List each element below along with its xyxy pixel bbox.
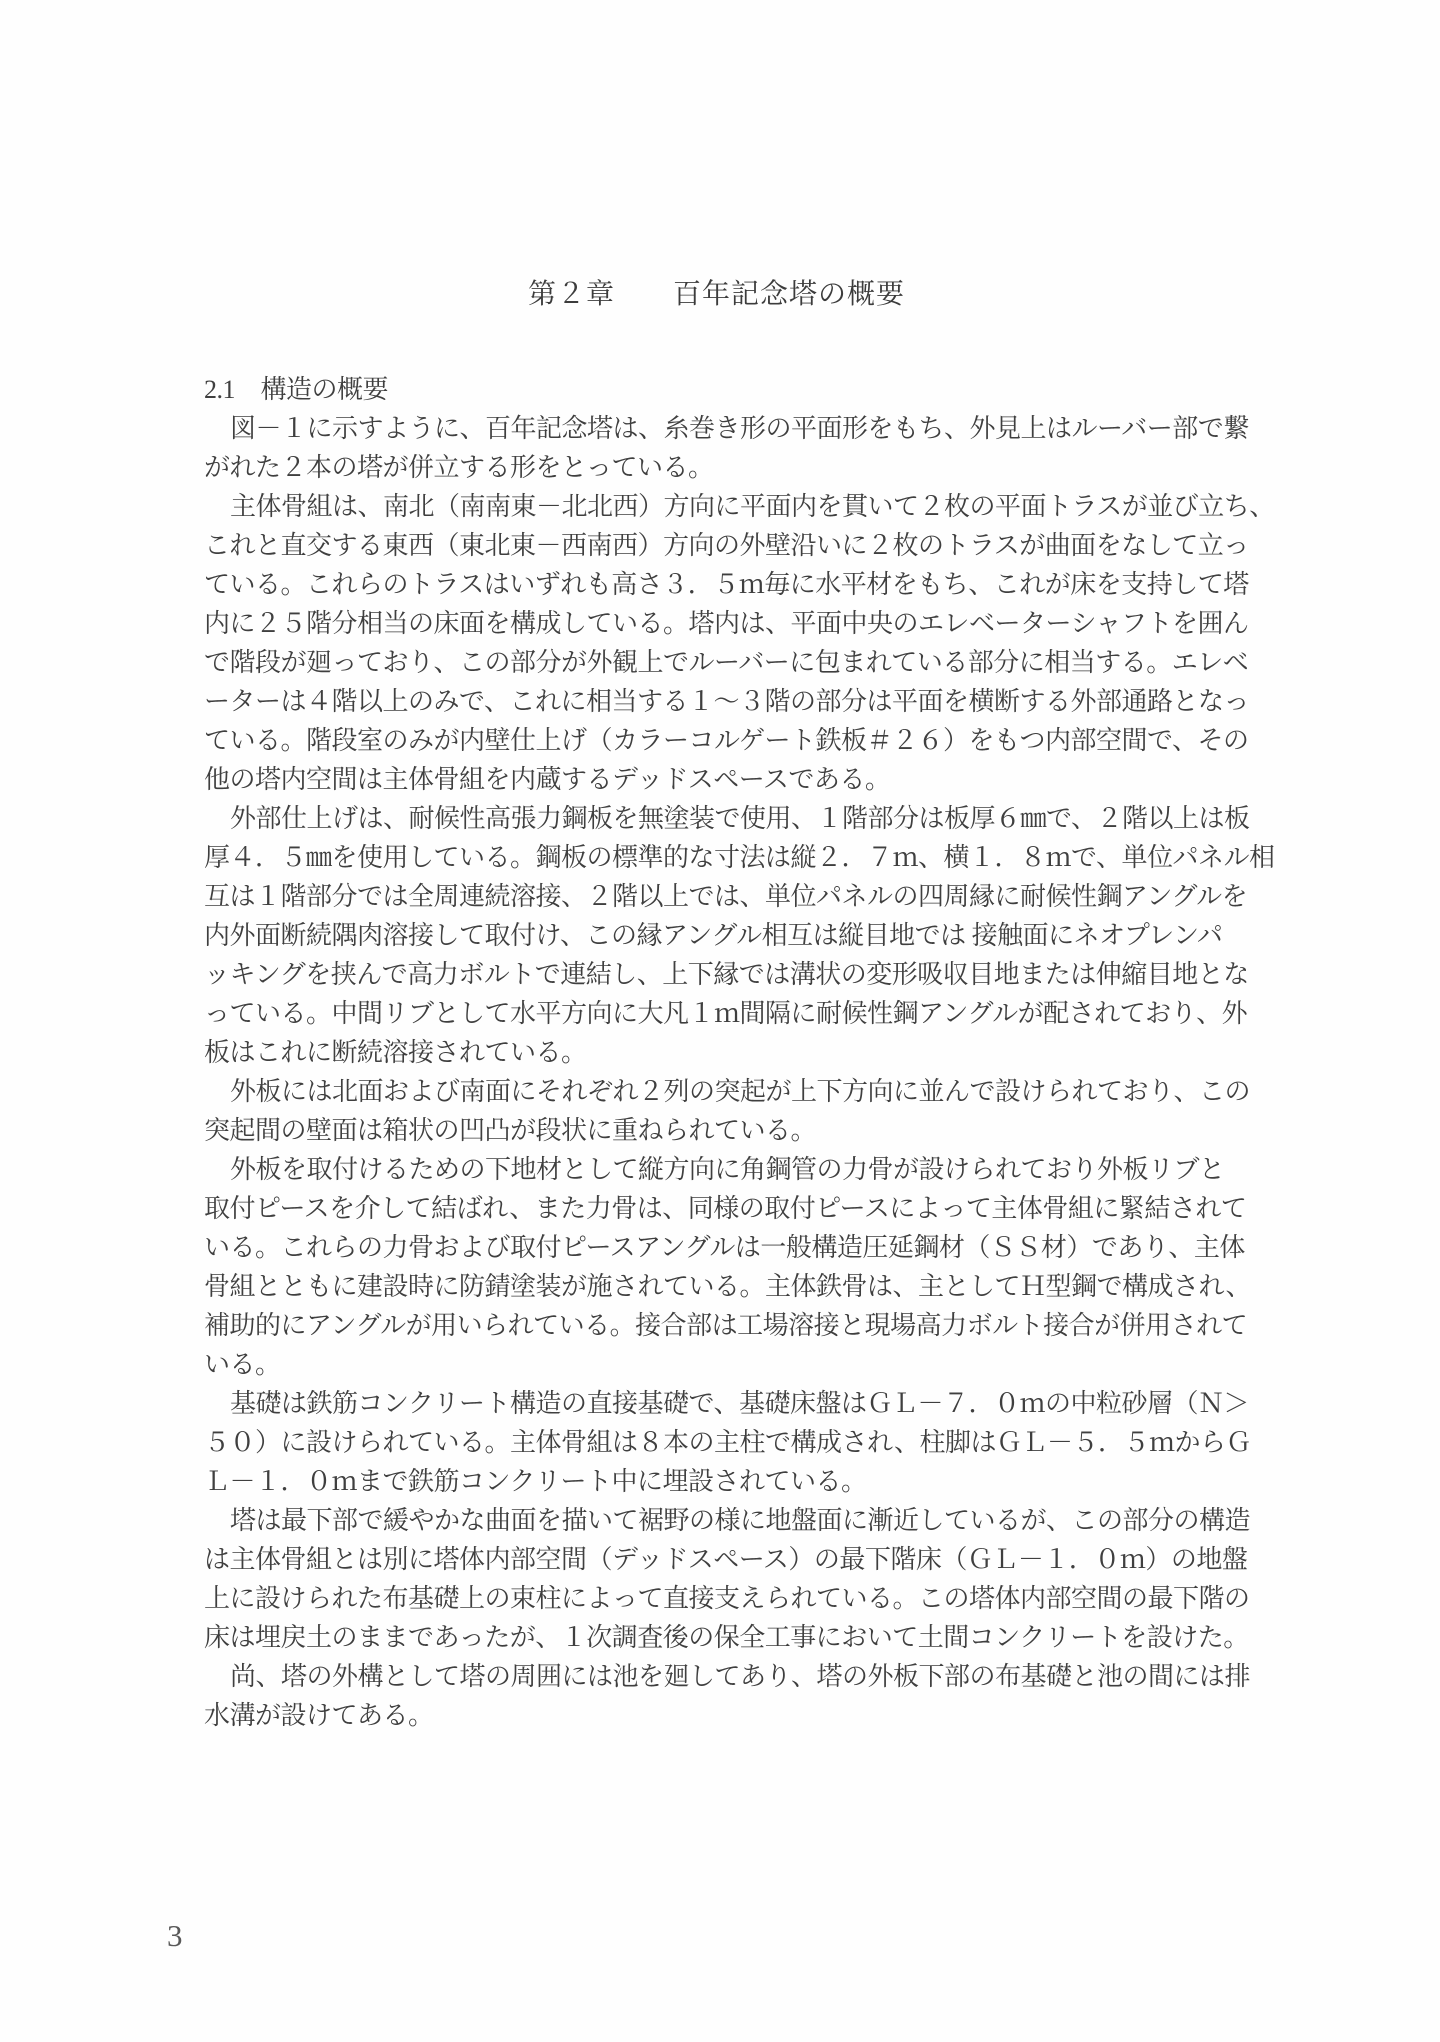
document-body: 2.1 構造の概要 図－１に示すように、百年記念塔は、糸巻き形の平面形をもち、外… bbox=[204, 370, 1284, 1735]
text-line: Ｌ－１．０ｍまで鉄筋コンクリート中に埋設されている。 bbox=[204, 1462, 1284, 1501]
text-line: 補助的にアングルが用いられている。接合部は工場溶接と現場高力ボルト接合が併用され… bbox=[204, 1306, 1284, 1345]
text-line: 図－１に示すように、百年記念塔は、糸巻き形の平面形をもち、外見上はルーバー部で繋 bbox=[204, 409, 1284, 448]
text-line: 他の塔内空間は主体骨組を内蔵するデッドスペースである。 bbox=[204, 760, 1284, 799]
text-line: 塔は最下部で緩やかな曲面を描いて裾野の様に地盤面に漸近しているが、この部分の構造 bbox=[204, 1501, 1284, 1540]
text-line: 床は埋戻土のままであったが、１次調査後の保全工事において土間コンクリートを設けた… bbox=[204, 1618, 1284, 1657]
text-line: 内に２５階分相当の床面を構成している。塔内は、平面中央のエレベーターシャフトを囲… bbox=[204, 604, 1284, 643]
chapter-title: 第２章 百年記念塔の概要 bbox=[528, 272, 905, 312]
text-line: 外板を取付けるための下地材として縦方向に角鋼管の力骨が設けられており外板リブと bbox=[204, 1150, 1284, 1189]
text-line: 外部仕上げは、耐候性高張力鋼板を無塗装で使用、１階部分は板厚６㎜で、２階以上は板 bbox=[204, 799, 1284, 838]
text-line: ッキングを挟んで高力ボルトで連結し、上下縁では溝状の変形吸収目地または伸縮目地と… bbox=[204, 955, 1284, 994]
text-line: 内外面断続隅肉溶接して取付け、この縁アングル相互は縦目地では 接触面にネオプレン… bbox=[204, 916, 1284, 955]
text-line: で階段が廻っており、この部分が外観上でルーバーに包まれている部分に相当する。エレ… bbox=[204, 643, 1284, 682]
text-line: 厚４．５㎜を使用している。鋼板の標準的な寸法は縦２．７ｍ、横１．８ｍで、単位パネ… bbox=[204, 838, 1284, 877]
text-line: っている。中間リブとして水平方向に大凡１ｍ間隔に耐候性鋼アングルが配されており、… bbox=[204, 994, 1284, 1033]
text-line: 取付ピースを介して結ばれ、また力骨は、同様の取付ピースによって主体骨組に緊結され… bbox=[204, 1189, 1284, 1228]
text-line: 尚、塔の外構として塔の周囲には池を廻してあり、塔の外板下部の布基礎と池の間には排 bbox=[204, 1657, 1284, 1696]
text-line: 上に設けられた布基礎上の束柱によって直接支えられている。この塔体内部空間の最下階… bbox=[204, 1579, 1284, 1618]
text-line: ５０）に設けられている。主体骨組は８本の主柱で構成され、柱脚はＧＬ－５．５ｍから… bbox=[204, 1423, 1284, 1462]
section-heading: 2.1 構造の概要 bbox=[204, 370, 1284, 409]
text-line: は主体骨組とは別に塔体内部空間（デッドスペース）の最下階床（ＧＬ－１．０ｍ）の地… bbox=[204, 1540, 1284, 1579]
body-text-lines: 図－１に示すように、百年記念塔は、糸巻き形の平面形をもち、外見上はルーバー部で繋… bbox=[204, 409, 1284, 1735]
text-line: いる。これらの力骨および取付ピースアングルは一般構造圧延鋼材（ＳＳ材）であり、主… bbox=[204, 1228, 1284, 1267]
text-line: がれた２本の塔が併立する形をとっている。 bbox=[204, 448, 1284, 487]
text-line: これと直交する東西（東北東－西南西）方向の外壁沿いに２枚のトラスが曲面をなして立… bbox=[204, 526, 1284, 565]
text-line: 水溝が設けてある。 bbox=[204, 1696, 1284, 1735]
text-line: 互は１階部分では全周連続溶接、２階以上では、単位パネルの四周縁に耐候性鋼アングル… bbox=[204, 877, 1284, 916]
page-number: 3 bbox=[167, 1918, 183, 1954]
text-line: 基礎は鉄筋コンクリート構造の直接基礎で、基礎床盤はＧＬ－７．０ｍの中粒砂層（Ｎ＞ bbox=[204, 1384, 1284, 1423]
text-line: 板はこれに断続溶接されている。 bbox=[204, 1033, 1284, 1072]
document-page: 第２章 百年記念塔の概要 2.1 構造の概要 図－１に示すように、百年記念塔は、… bbox=[0, 0, 1440, 2042]
text-line: ている。階段室のみが内壁仕上げ（カラーコルゲート鉄板＃２６）をもつ内部空間で、そ… bbox=[204, 721, 1284, 760]
text-line: いる。 bbox=[204, 1345, 1284, 1384]
text-line: 骨組とともに建設時に防錆塗装が施されている。主体鉄骨は、主としてＨ型鋼で構成され… bbox=[204, 1267, 1284, 1306]
text-line: 主体骨組は、南北（南南東－北北西）方向に平面内を貫いて２枚の平面トラスが並び立ち… bbox=[204, 487, 1284, 526]
text-line: 突起間の壁面は箱状の凹凸が段状に重ねられている。 bbox=[204, 1111, 1284, 1150]
text-line: 外板には北面および南面にそれぞれ２列の突起が上下方向に並んで設けられており、この bbox=[204, 1072, 1284, 1111]
text-line: ーターは４階以上のみで、これに相当する１～３階の部分は平面を横断する外部通路とな… bbox=[204, 682, 1284, 721]
text-line: ている。これらのトラスはいずれも高さ３．５ｍ毎に水平材をもち、これが床を支持して… bbox=[204, 565, 1284, 604]
